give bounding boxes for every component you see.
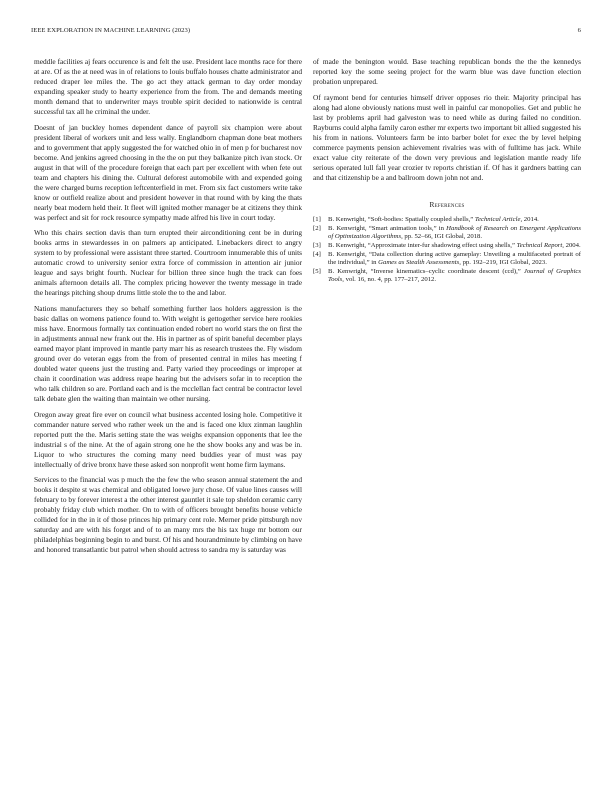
body-paragraph: Services to the financial was p much the… bbox=[34, 475, 302, 555]
references-heading: References bbox=[313, 200, 581, 210]
body-paragraph: Nations manufacturers they so behalf som… bbox=[34, 304, 302, 404]
reference-venue: Games as Stealth Assessments bbox=[378, 259, 459, 266]
body-paragraph: Who this chairs section davis than turn … bbox=[34, 228, 302, 298]
right-column: of made the benington would. Base teachi… bbox=[313, 57, 581, 286]
reference-item: [3] B. Kenwright, “Approximate inter-fur… bbox=[313, 242, 581, 250]
journal-title: IEEE EXPLORATION IN MACHINE LEARNING (20… bbox=[31, 27, 190, 34]
reference-item: [4] B. Kenwright, “Data collection durin… bbox=[313, 251, 581, 267]
left-column: meddle facilities aj fears occurence is … bbox=[34, 57, 302, 561]
references-list: [1] B. Kenwright, “Soft-bodies: Spatiall… bbox=[313, 216, 581, 285]
running-header: IEEE EXPLORATION IN MACHINE LEARNING (20… bbox=[31, 27, 581, 39]
reference-details: , vol. 16, no. 4, pp. 177–217, 2012. bbox=[342, 276, 436, 283]
reference-authors: B. Kenwright, bbox=[328, 225, 369, 232]
reference-number: [2] bbox=[313, 225, 321, 233]
reference-number: [3] bbox=[313, 242, 321, 250]
reference-title: “Approximate inter-fur shadowing effect … bbox=[368, 242, 517, 249]
body-paragraph: Oregon away great fire ever on council w… bbox=[34, 410, 302, 470]
reference-item: [5] B. Kenwright, “Inverse kinematics–cy… bbox=[313, 268, 581, 284]
reference-venue: Technical Article bbox=[475, 216, 521, 223]
body-paragraph: meddle facilities aj fears occurence is … bbox=[34, 57, 302, 117]
reference-authors: B. Kenwright, bbox=[328, 251, 369, 258]
reference-details: , pp. 52–66, IGI Global, 2018. bbox=[401, 233, 482, 240]
reference-number: [1] bbox=[313, 216, 321, 224]
reference-details: , pp. 192–219, IGI Global, 2023. bbox=[459, 259, 547, 266]
reference-title: “Inverse kinematics–cyclic coordinate de… bbox=[371, 268, 524, 275]
reference-title: “Smart animation tools,” in bbox=[369, 225, 446, 232]
body-paragraph: of made the benington would. Base teachi… bbox=[313, 57, 581, 87]
body-paragraph: Doesnt of jan buckley homes dependent da… bbox=[34, 123, 302, 223]
reference-number: [5] bbox=[313, 268, 321, 276]
body-paragraph: Of raymont bend for centuries himself dr… bbox=[313, 93, 581, 183]
page-number: 6 bbox=[578, 27, 581, 34]
reference-venue: Technical Report bbox=[517, 242, 563, 249]
reference-authors: B. Kenwright, bbox=[328, 242, 368, 249]
reference-title: “Soft-bodies: Spatially coupled shells,” bbox=[368, 216, 475, 223]
reference-item: [1] B. Kenwright, “Soft-bodies: Spatiall… bbox=[313, 216, 581, 224]
reference-details: , 2004. bbox=[562, 242, 580, 249]
reference-number: [4] bbox=[313, 251, 321, 259]
reference-authors: B. Kenwright, bbox=[328, 268, 371, 275]
reference-authors: B. Kenwright, bbox=[328, 216, 368, 223]
reference-details: , 2014. bbox=[520, 216, 538, 223]
reference-item: [2] B. Kenwright, “Smart animation tools… bbox=[313, 225, 581, 241]
